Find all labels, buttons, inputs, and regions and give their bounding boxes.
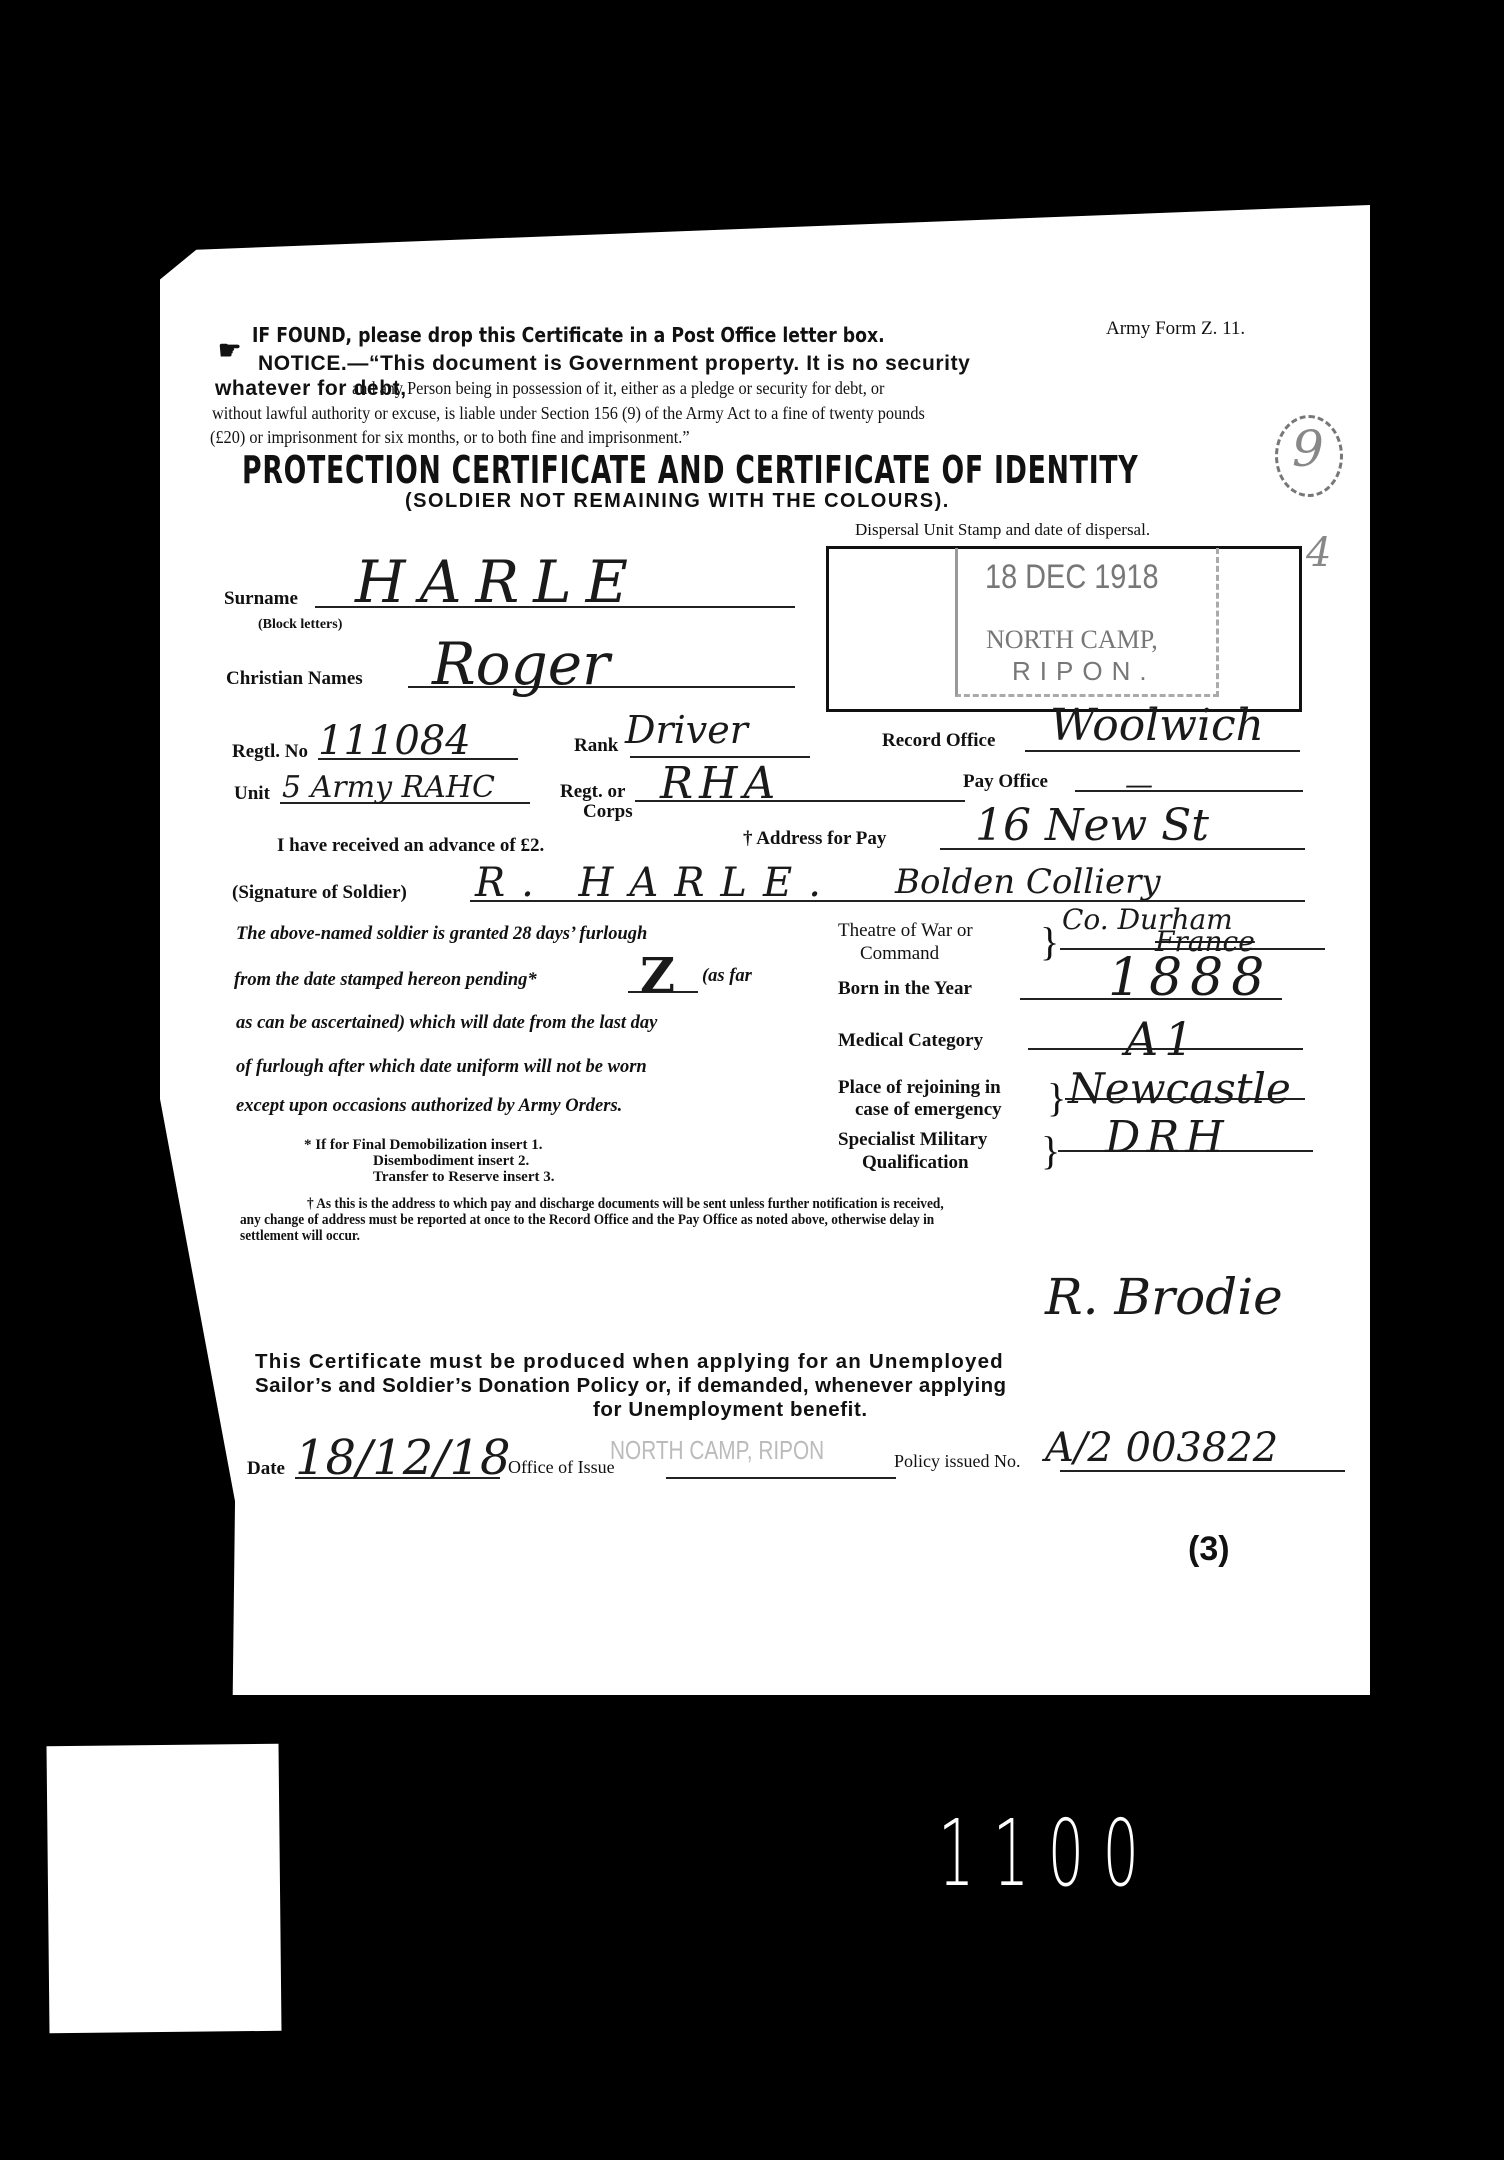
donation-notice-1: This Certificate must be produced when a… — [255, 1350, 1004, 1374]
stamp-place-2: RIPON. — [1012, 656, 1156, 687]
specialist-value[interactable]: DRH — [1105, 1112, 1230, 1163]
notice-text-3: (£20) or imprisonment for six months, or… — [210, 427, 690, 448]
notice-bold-line: NOTICE.—“This document is Government pro… — [258, 352, 970, 376]
born-year-label: Born in the Year — [838, 978, 972, 1000]
rejoin-label-2: case of emergency — [855, 1099, 1002, 1121]
theatre-label-2: Command — [860, 943, 939, 965]
specialist-label-2: Qualification — [862, 1152, 969, 1174]
furlough-text-2b: (as far — [702, 966, 752, 987]
film-label-blank — [47, 1744, 282, 2033]
notice-text-1: and any Person being in possession of it… — [352, 378, 884, 399]
address-for-pay-value-2[interactable]: Bolden Colliery — [895, 862, 1161, 902]
circled-number-value: 9 — [1292, 420, 1324, 478]
frame-counter: 1100 — [938, 1800, 1158, 1907]
address-for-pay-value-1[interactable]: 16 New St — [975, 800, 1209, 851]
pending-value[interactable]: Z — [640, 948, 675, 1004]
regt-corps-value[interactable]: RHA — [660, 758, 781, 809]
theatre-brace: } — [1040, 918, 1059, 965]
address-note-1: † As this is the address to which pay an… — [307, 1196, 944, 1213]
if-found-notice: IF FOUND, please drop this Certificate i… — [252, 323, 885, 347]
furlough-note-2: Disembodiment insert 2. — [373, 1153, 529, 1170]
pay-office-line — [1075, 790, 1303, 792]
regtl-no-value[interactable]: 111084 — [318, 718, 471, 764]
dispersal-label: Dispersal Unit Stamp and date of dispers… — [855, 520, 1150, 540]
record-office-label: Record Office — [882, 730, 995, 752]
office-of-issue-value[interactable]: NORTH CAMP, RIPON — [610, 1435, 824, 1466]
policy-number-label: Policy issued No. — [894, 1451, 1021, 1472]
donation-notice-2: Sailor’s and Soldier’s Donation Policy o… — [255, 1374, 1006, 1398]
soldier-signature-label: (Signature of Soldier) — [232, 882, 407, 904]
advance-text: I have received an advance of £2. — [277, 835, 544, 857]
furlough-note-3: Transfer to Reserve insert 3. — [373, 1169, 554, 1186]
christian-names-value[interactable]: Roger — [432, 630, 610, 698]
furlough-text-3: as can be ascertained) which will date f… — [236, 1013, 657, 1034]
medical-category-label: Medical Category — [838, 1030, 983, 1052]
regt-corps-label-2: Corps — [583, 801, 633, 823]
office-of-issue-label: Office of Issue — [508, 1457, 615, 1478]
page-subtitle: (SOLDIER NOT REMAINING WITH THE COLOURS)… — [405, 490, 950, 513]
surname-label: Surname — [224, 588, 298, 610]
policy-number-value[interactable]: A/2 003822 — [1045, 1425, 1278, 1471]
pay-office-value[interactable]: — — [1125, 768, 1153, 801]
unit-label: Unit — [234, 783, 270, 805]
pointing-hand-icon: ☛ — [218, 336, 241, 366]
office-of-issue-line — [666, 1477, 896, 1479]
rejoin-label-1: Place of rejoining in — [838, 1077, 1001, 1099]
theatre-label-1: Theatre of War or — [838, 920, 973, 942]
address-note-2: any change of address must be reported a… — [240, 1212, 934, 1229]
furlough-text-4: of furlough after which date uniform wil… — [236, 1057, 647, 1078]
rejoin-value[interactable]: Newcastle — [1068, 1064, 1291, 1113]
date-value[interactable]: 18/12/18 — [295, 1430, 511, 1486]
born-year-value[interactable]: 1888 — [1108, 948, 1272, 1008]
form-number: Army Form Z. 11. — [1106, 318, 1245, 340]
rank-label: Rank — [574, 735, 618, 757]
stamp-date: 18 DEC 1918 — [985, 558, 1159, 597]
copy-number: (3) — [1188, 1530, 1230, 1569]
unit-value[interactable]: 5 Army RAHC — [282, 770, 495, 805]
surname-sublabel: (Block letters) — [258, 617, 342, 633]
address-note-3: settlement will occur. — [240, 1228, 360, 1245]
stamp-place-1: NORTH CAMP, — [986, 625, 1158, 655]
notice-text-2: without lawful authority or excuse, is l… — [212, 403, 925, 424]
furlough-text-5: except upon occasions authorized by Army… — [236, 1096, 622, 1117]
soldier-signature-value[interactable]: R. HARLE. — [475, 860, 837, 906]
page-title: PROTECTION CERTIFICATE AND CERTIFICATE O… — [242, 448, 1138, 492]
furlough-text-1: The above-named soldier is granted 28 da… — [236, 924, 647, 945]
specialist-label-1: Specialist Military — [838, 1129, 987, 1151]
donation-notice-3: for Unemployment benefit. — [593, 1398, 868, 1422]
microfilm-frame: 9 4 ☛ IF FOUND, please drop this Certifi… — [0, 0, 1504, 2160]
medical-category-value[interactable]: A1 — [1125, 1012, 1200, 1066]
date-label: Date — [247, 1458, 285, 1480]
pay-office-label: Pay Office — [963, 771, 1048, 793]
address-for-pay-label: † Address for Pay — [743, 828, 886, 850]
regtl-no-label: Regtl. No — [232, 741, 308, 763]
rejoin-brace: } — [1047, 1074, 1066, 1121]
christian-names-label: Christian Names — [226, 668, 363, 690]
furlough-note-1: * If for Final Demobilization insert 1. — [304, 1137, 542, 1154]
officer-signature: R. Brodie — [1045, 1268, 1283, 1326]
record-office-value[interactable]: Woolwich — [1050, 700, 1264, 751]
furlough-text-2a: from the date stamped hereon pending* — [234, 970, 537, 991]
regt-corps-label-1: Regt. or — [560, 781, 625, 803]
side-mark: 4 — [1306, 530, 1331, 576]
rank-value[interactable]: Driver — [625, 708, 748, 752]
surname-value[interactable]: HARLE — [355, 548, 642, 616]
